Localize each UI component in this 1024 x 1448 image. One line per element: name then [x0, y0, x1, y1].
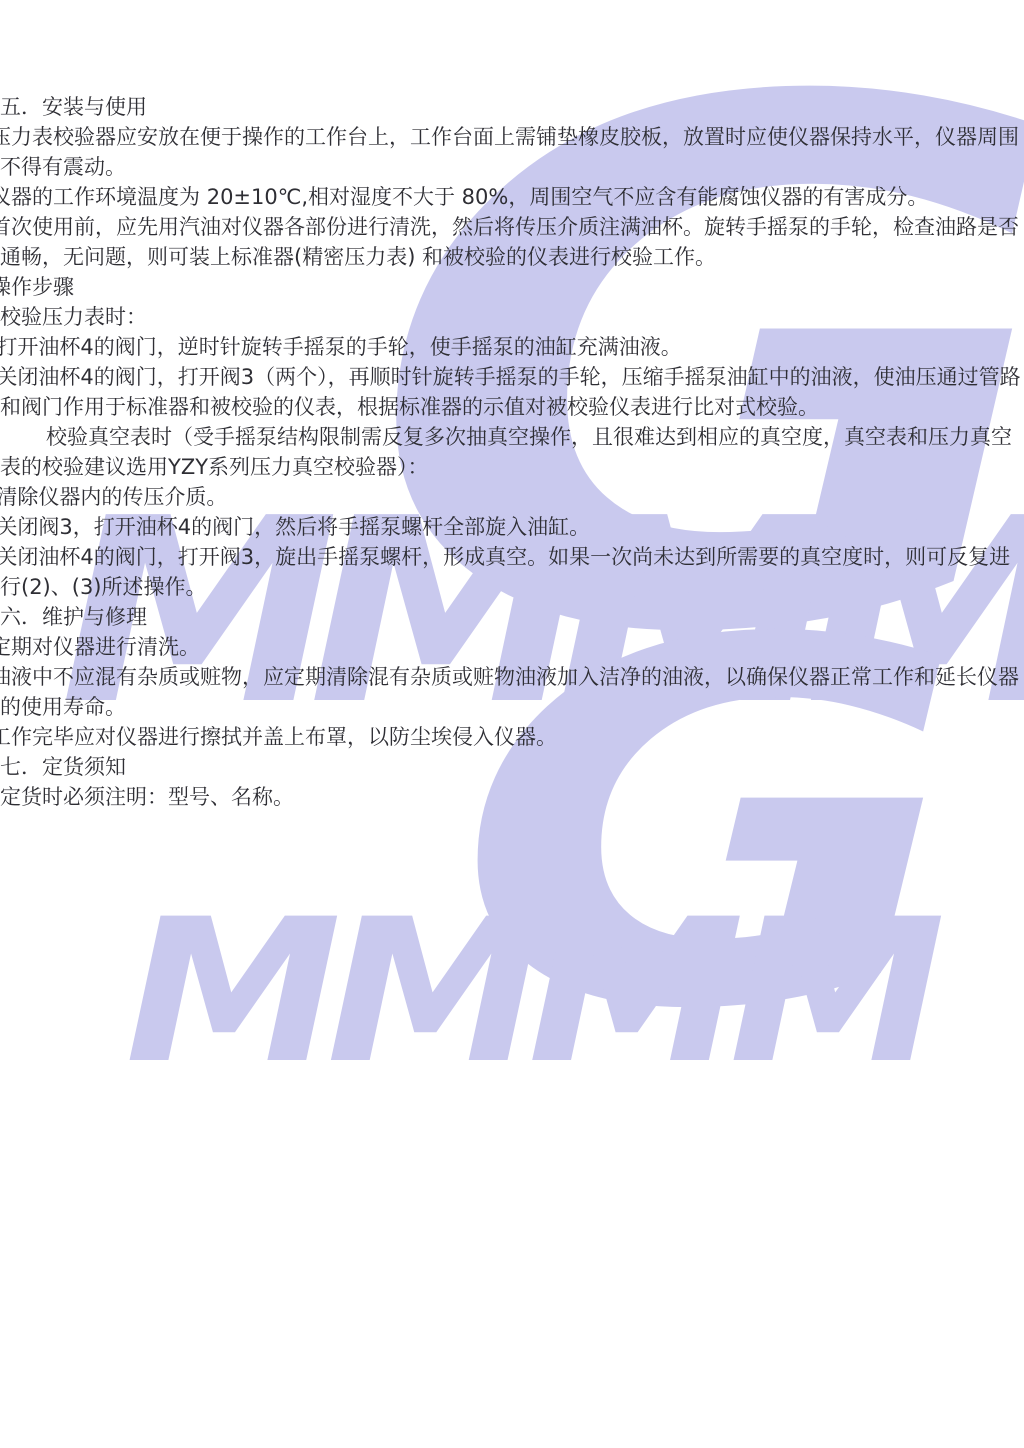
list-item: 3.首次使用前，应先用汽油对仪器各部份进行清洗，然后将传压介质注满油杯。旋转手摇…	[0, 212, 1024, 272]
section-heading: 六．维护与修理	[0, 602, 1024, 632]
section-maintenance-repair: 六．维护与修理 1.定期对仪器进行清洗。 2.油液中不应混有杂质或赃物，应定期清…	[0, 602, 1024, 752]
list-item: 1.定期对仪器进行清洗。	[0, 632, 1024, 662]
list-item: 2.仪器的工作环境温度为 20±10℃,相对湿度不大于 80%，周围空气不应含有…	[0, 182, 1024, 212]
section-ordering-info: 七．定货须知 定货时必须注明：型号、名称。	[0, 752, 1024, 812]
step-item: (3).关闭油杯4的阀门，打开阀3，旋出手摇泵螺杆，形成真空。如果一次尚未达到所…	[0, 542, 1024, 602]
pressure-steps-label: 校验压力表时：	[0, 302, 1024, 332]
watermark-m-bottom-icon: MMMM	[125, 877, 941, 1107]
step-item: (2).关闭油杯4的阀门，打开阀3（两个），再顺时针旋转手摇泵的手轮，压缩手摇泵…	[0, 362, 1024, 422]
section-heading: 五．安装与使用	[0, 92, 1024, 122]
document-page: G MMMM G MMMM 五．安装与使用 1.压力表校验器应安放在便于操作的工…	[0, 0, 1024, 1448]
vacuum-steps-intro: 校验真空表时（受手摇泵结构限制需反复多次抽真空操作，且很难达到相应的真空度，真空…	[0, 422, 1024, 482]
list-item: 1.压力表校验器应安放在便于操作的工作台上，工作台面上需铺垫橡皮胶板，放置时应使…	[0, 122, 1024, 182]
section-heading: 七．定货须知	[0, 752, 1024, 782]
list-item: 2.油液中不应混有杂质或赃物，应定期清除混有杂质或赃物油液加入洁净的油液，以确保…	[0, 662, 1024, 722]
paragraph: 定货时必须注明：型号、名称。	[0, 782, 1024, 812]
step-item: (1).打开油杯4的阀门，逆时针旋转手摇泵的手轮，使手摇泵的油缸充满油液。	[0, 332, 1024, 362]
list-item: 3.工作完毕应对仪器进行擦拭并盖上布罩，以防尘埃侵入仪器。	[0, 722, 1024, 752]
section-installation-use: 五．安装与使用 1.压力表校验器应安放在便于操作的工作台上，工作台面上需铺垫橡皮…	[0, 92, 1024, 602]
step-item: (1).清除仪器内的传压介质。	[0, 482, 1024, 512]
step-item: (2).关闭阀3，打开油杯4的阀门，然后将手摇泵螺杆全部旋入油缸。	[0, 512, 1024, 542]
list-item: 4.操作步骤	[0, 272, 1024, 302]
document-content: 五．安装与使用 1.压力表校验器应安放在便于操作的工作台上，工作台面上需铺垫橡皮…	[0, 0, 1024, 812]
